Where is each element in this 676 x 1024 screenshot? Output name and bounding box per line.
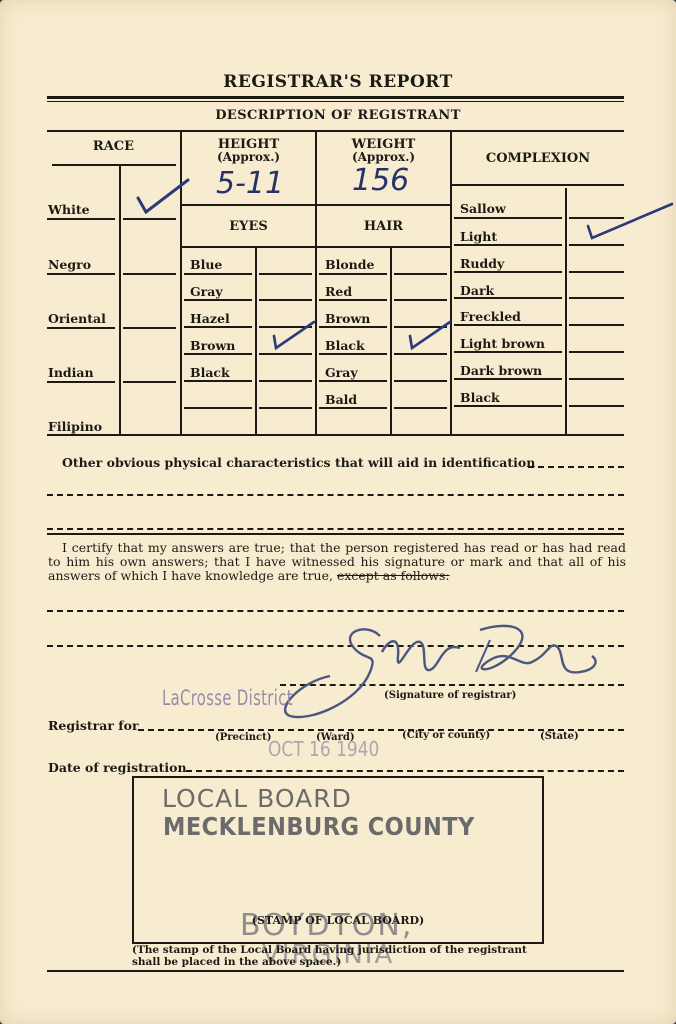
- eyes-option-hazel[interactable]: Hazel: [190, 311, 230, 326]
- stamp-note-line-2: shall be placed in the above space.): [132, 956, 527, 968]
- eyes-option-brown[interactable]: Brown: [190, 338, 235, 353]
- state-caption: (State): [540, 731, 579, 742]
- complexion-option-light-brown[interactable]: Light brown: [460, 336, 545, 351]
- race-rule: [123, 273, 176, 275]
- eyes-rule: [184, 299, 252, 301]
- complexion-rule: [454, 405, 562, 407]
- stamp-note: (The stamp of the Local Board having jur…: [132, 944, 527, 968]
- hair-option-gray[interactable]: Gray: [325, 365, 358, 380]
- hair-rule: [319, 299, 387, 301]
- hair-heading: HAIR: [317, 220, 450, 233]
- hair-rule: [319, 380, 387, 382]
- weight-value[interactable]: 156: [352, 163, 409, 198]
- eyes-rule: [259, 299, 312, 301]
- complexion-rule: [569, 297, 624, 299]
- eyes-option-gray[interactable]: Gray: [190, 284, 223, 299]
- race-option-indian[interactable]: Indian: [48, 365, 94, 380]
- registrar-for-label: Registrar for: [48, 718, 139, 733]
- eyes-rule: [259, 380, 312, 382]
- hair-option-brown[interactable]: Brown: [325, 311, 370, 326]
- complexion-option-sallow[interactable]: Sallow: [460, 201, 506, 216]
- other-characteristics-field[interactable]: [528, 466, 624, 468]
- complexion-heading: COMPLEXION: [452, 152, 624, 165]
- eyes-rule: [259, 407, 312, 409]
- certification-struck: except as follows:: [337, 568, 450, 583]
- complexion-rule: [569, 271, 624, 273]
- complexion-rule: [454, 244, 562, 246]
- hair-rule: [394, 380, 447, 382]
- title-rule-top: [47, 96, 624, 99]
- complexion-rule: [569, 324, 624, 326]
- certification-text: I certify that my answers are true; that…: [48, 541, 626, 583]
- complexion-rule: [569, 378, 624, 380]
- eyes-heading-rule: [182, 246, 315, 248]
- complexion-rule: [454, 217, 562, 219]
- hair-option-blonde[interactable]: Blonde: [325, 257, 374, 272]
- hair-option-bald[interactable]: Bald: [325, 392, 357, 407]
- table-bottom-rule: [47, 434, 624, 436]
- eyes-option-blue[interactable]: Blue: [190, 257, 222, 272]
- race-heading-rule: [52, 164, 176, 166]
- height-value[interactable]: 5-11: [216, 166, 284, 201]
- check-mark-icon: [404, 318, 454, 354]
- complexion-rule: [569, 405, 624, 407]
- hair-rule: [319, 273, 387, 275]
- hair-option-red[interactable]: Red: [325, 284, 352, 299]
- hair-rule: [394, 407, 447, 409]
- eyes-rule: [259, 273, 312, 275]
- hair-rule: [319, 353, 387, 355]
- eyes-option-black[interactable]: Black: [190, 365, 230, 380]
- race-heading: RACE: [47, 140, 180, 153]
- other-characteristics-line-3[interactable]: [47, 528, 624, 530]
- check-mark-icon: [132, 176, 192, 218]
- hair-rule: [394, 273, 447, 275]
- section-rule: [47, 533, 624, 535]
- district-stamp: LaCrosse District: [162, 686, 293, 710]
- city-county-caption: (City or county): [402, 730, 490, 741]
- complexion-rule: [569, 244, 624, 246]
- precinct-caption: (Precinct): [215, 732, 271, 743]
- race-rule: [47, 273, 115, 275]
- race-option-white[interactable]: White: [48, 202, 90, 217]
- height-approx: (Approx.): [182, 151, 315, 164]
- complexion-option-ruddy[interactable]: Ruddy: [460, 256, 504, 271]
- hair-heading-rule: [317, 246, 450, 248]
- race-option-negro[interactable]: Negro: [48, 257, 91, 272]
- hair-rule: [394, 299, 447, 301]
- race-rule: [47, 327, 115, 329]
- registrars-report-card: REGISTRAR'S REPORT DESCRIPTION OF REGIST…: [0, 0, 676, 1024]
- eyes-rule: [184, 353, 252, 355]
- complexion-option-black[interactable]: Black: [460, 390, 500, 405]
- complexion-check-divider: [565, 188, 567, 434]
- check-mark-icon: [580, 200, 676, 244]
- complexion-rule: [454, 351, 562, 353]
- complexion-option-light[interactable]: Light: [460, 229, 497, 244]
- hair-check-divider: [390, 248, 392, 434]
- eyes-rule: [184, 326, 252, 328]
- eyes-rule: [184, 380, 252, 382]
- height-rule: [182, 204, 315, 206]
- date-stamp: OCT 16 1940: [268, 737, 379, 761]
- hair-rule: [319, 326, 387, 328]
- race-option-filipino[interactable]: Filipino: [48, 419, 102, 434]
- stamp-county: MECKLENBURG COUNTY: [163, 812, 475, 841]
- race-rule: [47, 218, 115, 220]
- complexion-option-dark[interactable]: Dark: [460, 283, 494, 298]
- stamp-local-board: LOCAL BOARD: [162, 784, 352, 813]
- col-divider-weight: [450, 132, 452, 434]
- hair-rule: [319, 407, 387, 409]
- complexion-rule: [454, 378, 562, 380]
- col-divider-height: [315, 132, 317, 434]
- complexion-option-dark-brown[interactable]: Dark brown: [460, 363, 542, 378]
- eyes-heading: EYES: [182, 220, 315, 233]
- title-rule-bottom: [47, 101, 624, 102]
- complexion-rule: [454, 271, 562, 273]
- complexion-option-freckled[interactable]: Freckled: [460, 309, 521, 324]
- footer-rule: [47, 970, 624, 972]
- other-characteristics-label: Other obvious physical characteristics t…: [62, 455, 535, 470]
- stamp-note-line-1: (The stamp of the Local Board having jur…: [132, 944, 527, 956]
- other-characteristics-line-2[interactable]: [47, 494, 624, 496]
- race-option-oriental[interactable]: Oriental: [48, 311, 106, 326]
- race-rule: [47, 381, 115, 383]
- race-check-divider: [119, 166, 121, 434]
- complexion-heading-rule: [452, 184, 624, 186]
- eyes-check-divider: [255, 248, 257, 434]
- hair-option-black[interactable]: Black: [325, 338, 365, 353]
- date-of-registration-label: Date of registration: [48, 760, 187, 775]
- race-rule: [123, 218, 176, 220]
- eyes-rule: [184, 273, 252, 275]
- page-title: REGISTRAR'S REPORT: [0, 72, 676, 92]
- weight-rule: [317, 204, 450, 206]
- complexion-rule: [454, 297, 562, 299]
- signature-handwriting: [270, 612, 610, 732]
- stamp-caption: (STAMP OF LOCAL BOARD): [0, 914, 676, 927]
- section-title: DESCRIPTION OF REGISTRANT: [0, 108, 676, 123]
- table-top-rule: [47, 130, 624, 132]
- complexion-rule: [454, 324, 562, 326]
- eyes-rule: [184, 407, 252, 409]
- race-rule: [123, 381, 176, 383]
- race-rule: [123, 327, 176, 329]
- check-mark-icon: [268, 318, 318, 354]
- complexion-rule: [569, 351, 624, 353]
- date-of-registration-field[interactable]: [186, 770, 624, 772]
